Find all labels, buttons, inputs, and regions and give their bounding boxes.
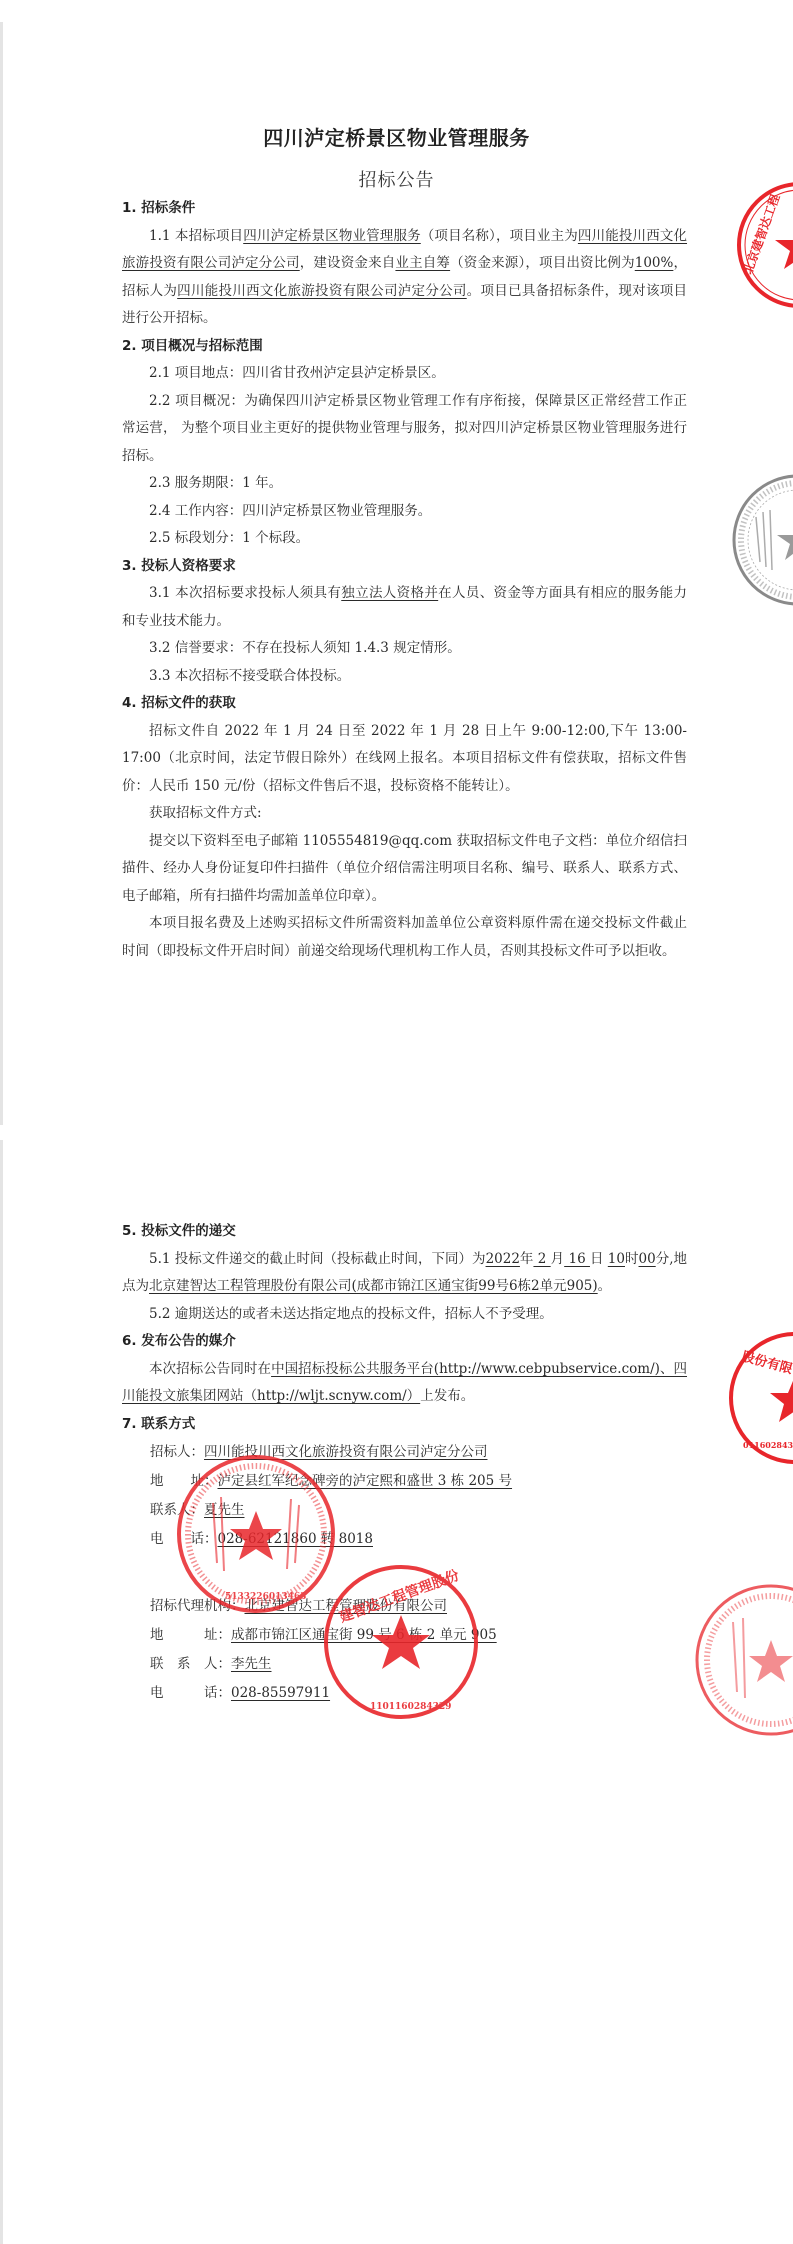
fund-ratio: 100% [635, 255, 674, 271]
section-4-paragraph: 本项目报名费及上述购买招标文件所需资料加盖单位公章资料原件需在递交投标文件截止时… [122, 910, 687, 965]
section-3-heading: 3. 投标人资格要求 [122, 553, 687, 581]
document-subtitle: 招标公告 [0, 166, 793, 192]
tenderer-seal-stamp-gray [730, 472, 793, 608]
seal-icon: 北京建智达工程 [735, 180, 793, 310]
section-2-heading: 2. 项目概况与招标范围 [122, 333, 687, 361]
tenderer-name: 四川能投川西文化旅游投资有限公司泸定分公司 [177, 283, 467, 299]
section-6-heading: 6. 发布公告的媒介 [122, 1328, 687, 1356]
section-2-item: 2.2 项目概况：为确保四川泸定桥景区物业管理工作有序衔接，保障景区正常经营工作… [122, 388, 687, 471]
tenderer-seal-stamp-edge [693, 1582, 793, 1738]
section-3-item: 3.1 本次招标要求投标人须具有独立法人资格并在人员、资金等方面具有相应的服务能… [122, 580, 687, 635]
agency-name-row: 招标代理机构：北京建智达工程管理股份有限公司 [150, 1592, 497, 1621]
deadline-hour: 10 [608, 1251, 625, 1267]
tenderer-contact-row: 联系人：夏先生 [150, 1496, 512, 1525]
section-5-item: 5.2 逾期送达的或者未送达指定地点的投标文件，招标人不予受理。 [122, 1301, 687, 1329]
section-4-paragraph: 招标文件自 2022 年 1 月 24 日至 2022 年 1 月 28 日上午… [122, 718, 687, 801]
tenderer-phone: 028-62121860 转 8018 [218, 1531, 373, 1547]
tenderer-contact: 夏先生 [204, 1502, 245, 1518]
svg-text:股份有限: 股份有限 [740, 1348, 793, 1377]
submission-place: 北京建智达工程管理股份有限公司(成都市锦江区通宝街99号6栋2单元905) [149, 1278, 598, 1294]
page-2-body: 5. 投标文件的递交 5.1 投标文件递交的截止时间（投标截止时间，下同）为20… [122, 1218, 687, 1438]
agency-seal-stamp: 北京建智达工程 [735, 180, 793, 310]
section-2-item: 2.5 标段划分：1 个标段。 [122, 525, 687, 553]
section-5-heading: 5. 投标文件的递交 [122, 1218, 687, 1246]
document-title: 四川泸定桥景区物业管理服务 [0, 122, 793, 151]
seal-icon: 股份有限 01160284329 [727, 1330, 793, 1466]
section-4-paragraph: 获取招标文件方式: [122, 800, 687, 828]
deadline-day: 16 [564, 1251, 590, 1267]
project-name: 四川泸定桥景区物业管理服务 [243, 228, 421, 244]
deadline-year: 2022 [486, 1251, 520, 1267]
agency-seal-stamp-edge: 股份有限 01160284329 [727, 1330, 793, 1466]
section-1-paragraph: 1.1 本招标项目四川泸定桥景区物业管理服务（项目名称），项目业主为四川能投川西… [122, 223, 687, 333]
deadline-month: 2 [533, 1251, 550, 1267]
section-4-heading: 4. 招标文件的获取 [122, 690, 687, 718]
section-7-heading: 7. 联系方式 [122, 1411, 687, 1439]
agency-name: 北京建智达工程管理股份有限公司 [245, 1598, 448, 1614]
agency-address: 成都市锦江区通宝街 99 号 6 栋 2 单元 905 [231, 1627, 497, 1643]
section-4-paragraph: 提交以下资料至电子邮箱 1105554819@qq.com 获取招标文件电子文档… [122, 828, 687, 911]
section-5-deadline: 5.1 投标文件递交的截止时间（投标截止时间，下同）为2022年 2 月 16 … [122, 1246, 687, 1301]
seal-icon [730, 472, 793, 608]
agency-phone-row: 电 话：028-85597911 [150, 1679, 497, 1708]
page-edge [0, 1140, 3, 2244]
section-6-paragraph: 本次招标公告同时在中国招标投标公共服务平台(http://www.cebpubs… [122, 1356, 687, 1411]
section-2-item: 2.4 工作内容：四川泸定桥景区物业管理服务。 [122, 498, 687, 526]
legal-person-qualification: 独立法人资格并 [341, 585, 438, 601]
fund-source: 业主自筹 [395, 255, 450, 271]
deadline-minute: 00 [639, 1251, 656, 1267]
page-1: 四川泸定桥景区物业管理服务 招标公告 1. 招标条件 1.1 本招标项目四川泸定… [0, 0, 793, 1125]
section-1-heading: 1. 招标条件 [122, 195, 687, 223]
section-3-item: 3.2 信誉要求：不存在投标人须知 1.4.3 规定情形。 [122, 635, 687, 663]
page-2: 5. 投标文件的递交 5.1 投标文件递交的截止时间（投标截止时间，下同）为20… [0, 1138, 793, 2244]
agency-contact: 李先生 [231, 1656, 272, 1672]
tenderer-phone-row: 电 话：028-62121860 转 8018 [150, 1525, 512, 1554]
tenderer-name: 四川能投川西文化旅游投资有限公司泸定分公司 [204, 1444, 488, 1460]
section-2-item: 2.1 项目地点：四川省甘孜州泸定县泸定桥景区。 [122, 360, 687, 388]
section-3-item: 3.3 本次招标不接受联合体投标。 [122, 663, 687, 691]
tenderer-name-row: 招标人：四川能投川西文化旅游投资有限公司泸定分公司 [150, 1438, 512, 1467]
seal-icon [693, 1582, 793, 1738]
tenderer-contact-block: 招标人：四川能投川西文化旅游投资有限公司泸定分公司 地 址：泸定县红军纪念碑旁的… [150, 1438, 512, 1554]
tenderer-address-row: 地 址：泸定县红军纪念碑旁的泸定熙和盛世 3 栋 205 号 [150, 1467, 512, 1496]
page-1-body: 1. 招标条件 1.1 本招标项目四川泸定桥景区物业管理服务（项目名称），项目业… [122, 195, 687, 965]
agency-contact-block: 招标代理机构：北京建智达工程管理股份有限公司 地 址：成都市锦江区通宝街 99 … [150, 1592, 497, 1708]
svg-text:01160284329: 01160284329 [743, 1440, 793, 1450]
tenderer-address: 泸定县红军纪念碑旁的泸定熙和盛世 3 栋 205 号 [218, 1473, 513, 1489]
agency-phone: 028-85597911 [231, 1685, 330, 1701]
svg-text:北京建智达工程: 北京建智达工程 [740, 192, 783, 276]
agency-contact-row: 联 系 人：李先生 [150, 1650, 497, 1679]
section-2-item: 2.3 服务期限：1 年。 [122, 470, 687, 498]
agency-address-row: 地 址：成都市锦江区通宝街 99 号 6 栋 2 单元 905 [150, 1621, 497, 1650]
